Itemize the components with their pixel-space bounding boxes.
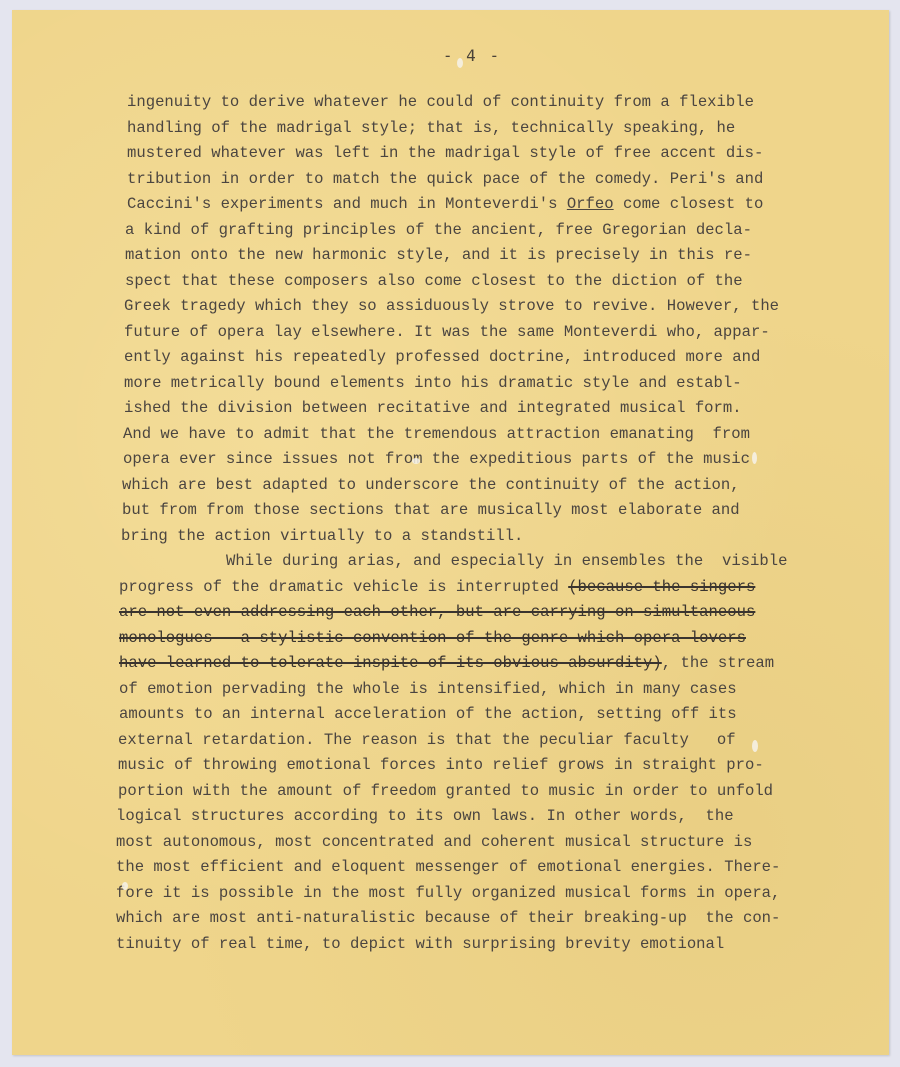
text-segment: most autonomous, most concentrated and c… (116, 833, 752, 851)
text-line: music of throwing emotional forces into … (116, 753, 876, 779)
text-line: amounts to an internal acceleration of t… (116, 702, 876, 728)
text-line: spect that these composers also come clo… (116, 269, 876, 295)
text-segment: While during arias, and especially in en… (226, 552, 787, 570)
struck-text: monologues - a stylistic convention of t… (119, 629, 746, 647)
text-segment: which are best adapted to underscore the… (122, 476, 740, 494)
text-line: ingenuity to derive whatever he could of… (116, 90, 876, 116)
text-segment: of emotion pervading the whole is intens… (119, 680, 737, 698)
text-segment: spect that these composers also come clo… (125, 272, 743, 290)
text-line: While during arias, and especially in en… (116, 549, 876, 575)
struck-text: have learned to tolerate inspite of its … (119, 654, 662, 672)
text-line: fore it is possible in the most fully or… (116, 881, 876, 907)
text-line: which are best adapted to underscore the… (116, 473, 876, 499)
struck-text: are not even addressing each other, but … (119, 603, 755, 621)
paper-fleck (752, 452, 757, 464)
text-segment: music of throwing emotional forces into … (118, 756, 764, 774)
text-segment: opera ever since issues not from the exp… (123, 450, 750, 468)
text-line: bring the action virtually to a standsti… (116, 524, 876, 550)
text-line: ently against his repeatedly professed d… (116, 345, 876, 371)
body-text: ingenuity to derive whatever he could of… (116, 90, 876, 957)
text-segment: logical structures according to its own … (116, 807, 734, 825)
text-segment: , the stream (662, 654, 774, 672)
struck-text: (because the singers (568, 578, 755, 596)
text-line: opera ever since issues not from the exp… (116, 447, 876, 473)
text-line: logical structures according to its own … (116, 804, 876, 830)
paper-fleck (122, 882, 128, 890)
text-segment: more metrically bound elements into his … (124, 374, 742, 392)
text-line: progress of the dramatic vehicle is inte… (116, 575, 876, 601)
paper-fleck (412, 458, 420, 464)
text-line: ished the division between recitative an… (116, 396, 876, 422)
text-segment: ently against his repeatedly professed d… (124, 348, 760, 366)
text-segment: external retardation. The reason is that… (118, 731, 736, 749)
text-segment: mustered whatever was left in the madrig… (127, 144, 763, 162)
text-line: are not even addressing each other, but … (116, 600, 876, 626)
text-line: more metrically bound elements into his … (116, 371, 876, 397)
text-segment: bring the action virtually to a standsti… (121, 527, 523, 545)
text-segment: but from from those sections that are mu… (122, 501, 740, 519)
text-line: have learned to tolerate inspite of its … (116, 651, 876, 677)
text-segment: progress of the dramatic vehicle is inte… (119, 578, 568, 596)
text-segment: ingenuity to derive whatever he could of… (127, 93, 754, 111)
page-number: - 4 - (442, 46, 502, 65)
text-line: of emotion pervading the whole is intens… (116, 677, 876, 703)
text-line: Caccini's experiments and much in Montev… (116, 192, 876, 218)
text-line: mation onto the new harmonic style, and … (116, 243, 876, 269)
text-line: tinuity of real time, to depict with sur… (116, 932, 876, 958)
paper-fleck (457, 58, 463, 68)
text-segment: which are most anti-naturalistic because… (116, 909, 780, 927)
text-segment: the most efficient and eloquent messenge… (116, 858, 780, 876)
text-segment: tinuity of real time, to depict with sur… (116, 935, 724, 953)
text-segment: portion with the amount of freedom grant… (118, 782, 773, 800)
text-segment: mation onto the new harmonic style, and … (125, 246, 752, 264)
text-segment: a kind of grafting principles of the anc… (125, 221, 752, 239)
text-line: portion with the amount of freedom grant… (116, 779, 876, 805)
text-segment: tribution in order to match the quick pa… (127, 170, 763, 188)
text-line: monologues - a stylistic convention of t… (116, 626, 876, 652)
text-line: mustered whatever was left in the madrig… (116, 141, 876, 167)
paper-fleck (752, 740, 758, 752)
text-line: handling of the madrigal style; that is,… (116, 116, 876, 142)
typewritten-page: - 4 - ingenuity to derive whatever he co… (12, 10, 889, 1055)
text-line: external retardation. The reason is that… (116, 728, 876, 754)
text-line: tribution in order to match the quick pa… (116, 167, 876, 193)
underlined-title: Orfeo (567, 195, 614, 213)
text-segment: Greek tragedy which they so assiduously … (124, 297, 779, 315)
text-segment: And we have to admit that the tremendous… (123, 425, 750, 443)
text-line: the most efficient and eloquent messenge… (116, 855, 876, 881)
text-segment: Caccini's experiments and much in Montev… (127, 195, 567, 213)
text-line: And we have to admit that the tremendous… (116, 422, 876, 448)
text-segment: ished the division between recitative an… (124, 399, 742, 417)
text-line: but from from those sections that are mu… (116, 498, 876, 524)
text-line: which are most anti-naturalistic because… (116, 906, 876, 932)
text-segment: amounts to an internal acceleration of t… (119, 705, 737, 723)
text-segment: fore it is possible in the most fully or… (116, 884, 780, 902)
text-segment: come closest to (614, 195, 764, 213)
text-segment: handling of the madrigal style; that is,… (127, 119, 735, 137)
text-line: most autonomous, most concentrated and c… (116, 830, 876, 856)
text-segment: future of opera lay elsewhere. It was th… (124, 323, 770, 341)
text-line: future of opera lay elsewhere. It was th… (116, 320, 876, 346)
text-line: a kind of grafting principles of the anc… (116, 218, 876, 244)
text-line: Greek tragedy which they so assiduously … (116, 294, 876, 320)
